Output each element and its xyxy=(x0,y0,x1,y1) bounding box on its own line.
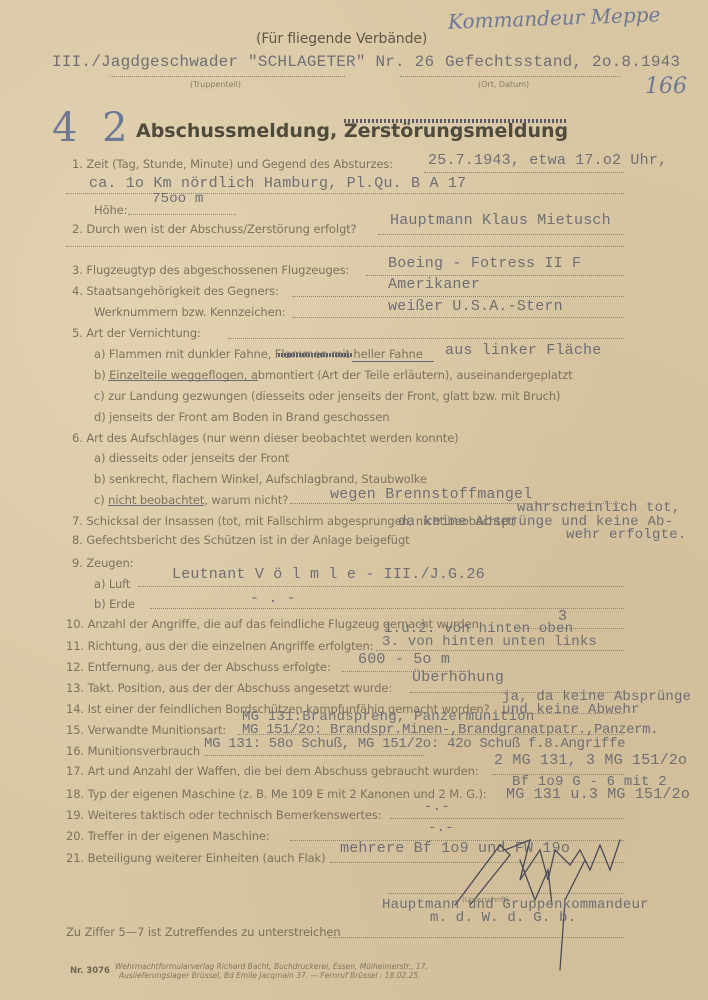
dots xyxy=(328,937,624,938)
signature-authority: m. d. W. d. G. b. xyxy=(430,910,576,926)
form-number: Nr. 3076 xyxy=(70,966,110,976)
signature-scribble xyxy=(0,0,708,1000)
publisher-line2: Auslieferungslager Brüssel, Bd Emile Jac… xyxy=(119,971,421,980)
publisher-line1: Wehrmachtformularverlag Richard Bacht, B… xyxy=(115,962,428,971)
underline-instruction: Zu Ziffer 5—7 ist Zutreffendes zu unters… xyxy=(66,925,341,939)
